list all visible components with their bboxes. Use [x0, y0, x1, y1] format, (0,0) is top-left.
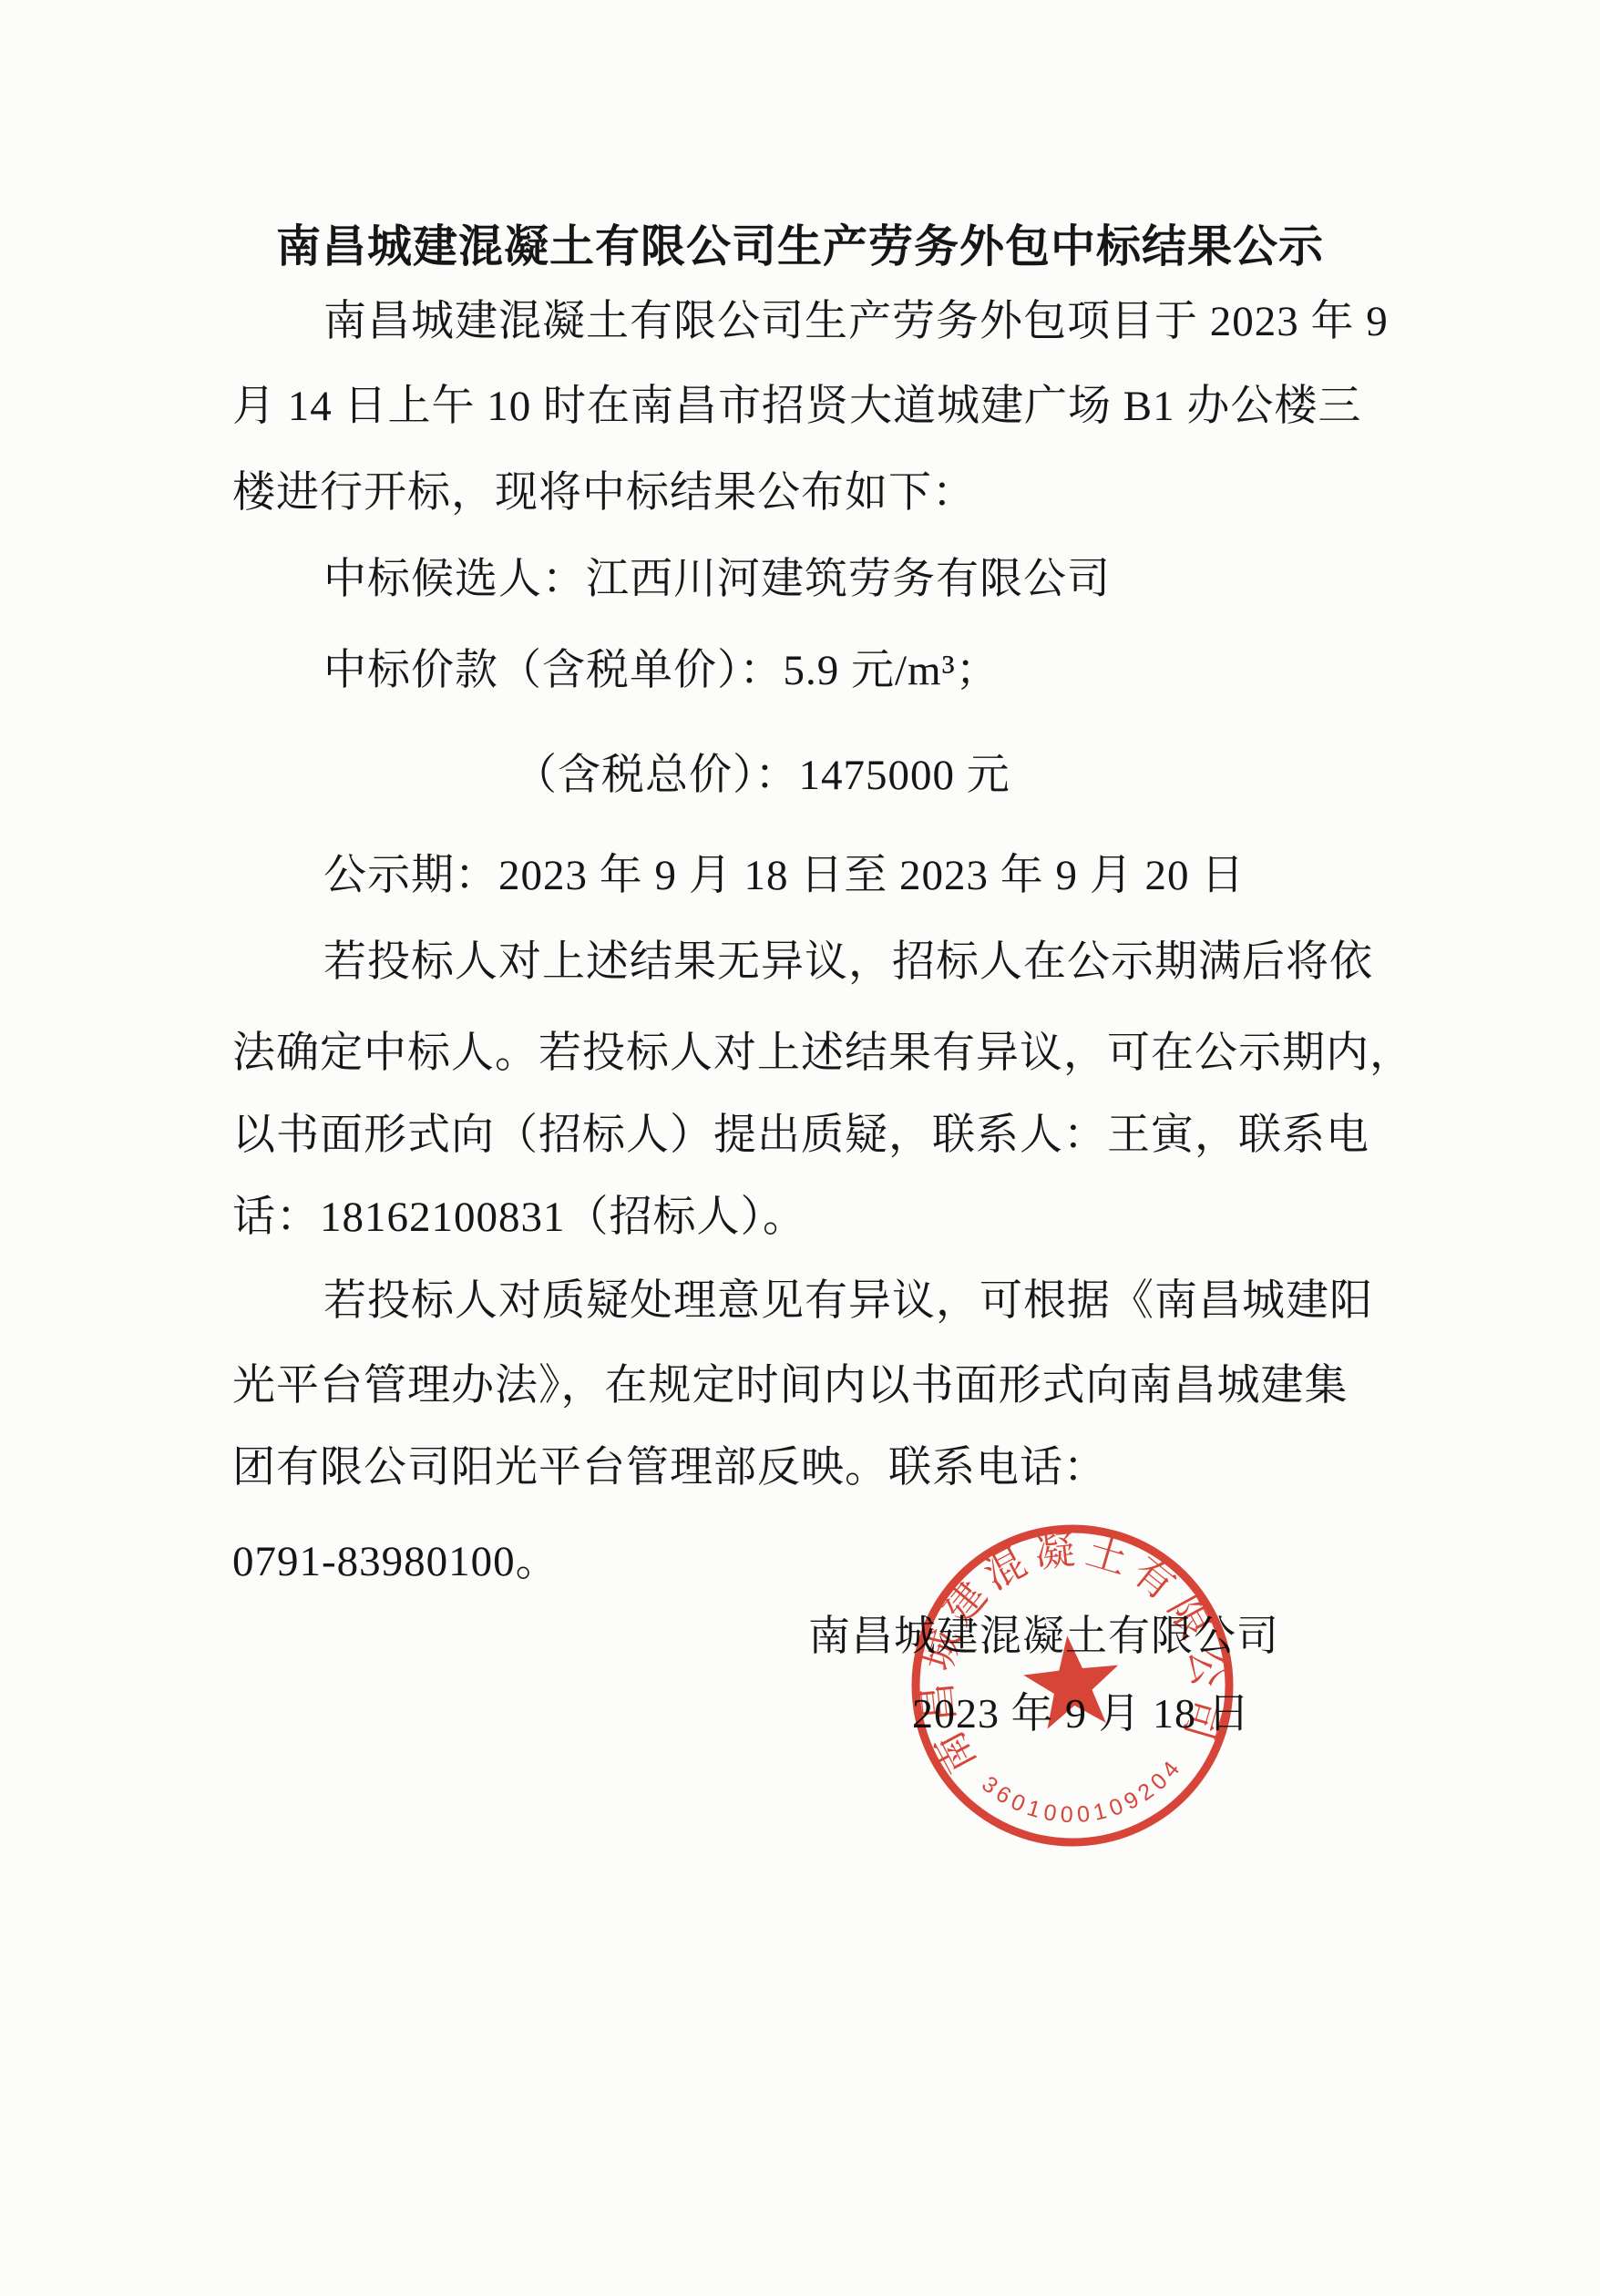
body-line-winner: 中标候选人：江西川河建筑劳务有限公司: [323, 559, 1111, 601]
body-line: 楼进行开标，现将中标结果公布如下：: [232, 472, 976, 515]
body-line: 法确定中标人。若投标人对上述结果有异议，可在公示期内，: [232, 1032, 1413, 1075]
body-line: 月 14 日上午 10 时在南昌市招贤大道城建广场 B1 办公楼三: [232, 385, 1361, 428]
body-line: 南昌城建混凝土有限公司生产劳务外包项目于 2023 年 9: [323, 301, 1389, 343]
document-page: 南昌城建混凝土有限公司生产劳务外包中标结果公示 南昌城建混凝土有限公司生产劳务外…: [0, 0, 1600, 2296]
document-title: 南昌城建混凝土有限公司生产劳务外包中标结果公示: [0, 211, 1600, 275]
body-line: 团有限公司阳光平台管理部反映。联系电话：: [232, 1447, 1107, 1490]
body-line: 若投标人对上述结果无异议，招标人在公示期满后将依: [323, 941, 1373, 984]
body-line-contact-phone: 话：18162100831（招标人）。: [232, 1196, 806, 1239]
body-line-publicity-period: 公示期：2023 年 9 月 18 日至 2023 年 9 月 20 日: [323, 855, 1245, 897]
seal-star-icon: [1020, 1631, 1123, 1731]
company-seal: 南昌城建混凝土有限公司 3601000109204: [889, 1502, 1256, 1869]
company-seal-graphic: 南昌城建混凝土有限公司 3601000109204: [889, 1502, 1256, 1869]
body-line-unit-price: 中标价款（含税单价）：5.9 元/m³；: [323, 650, 1000, 692]
body-line-total-price: （含税总价）：1475000 元: [514, 754, 1010, 797]
body-line: 光平台管理办法》，在规定时间内以书面形式向南昌城建集: [232, 1365, 1349, 1408]
body-line: 以书面形式向（招标人）提出质疑，联系人：王寅，联系电: [232, 1114, 1369, 1157]
body-line-platform-phone: 0791-83980100。: [232, 1541, 559, 1584]
body-line: 若投标人对质疑处理意见有异议，可根据《南昌城建阳: [323, 1280, 1373, 1323]
